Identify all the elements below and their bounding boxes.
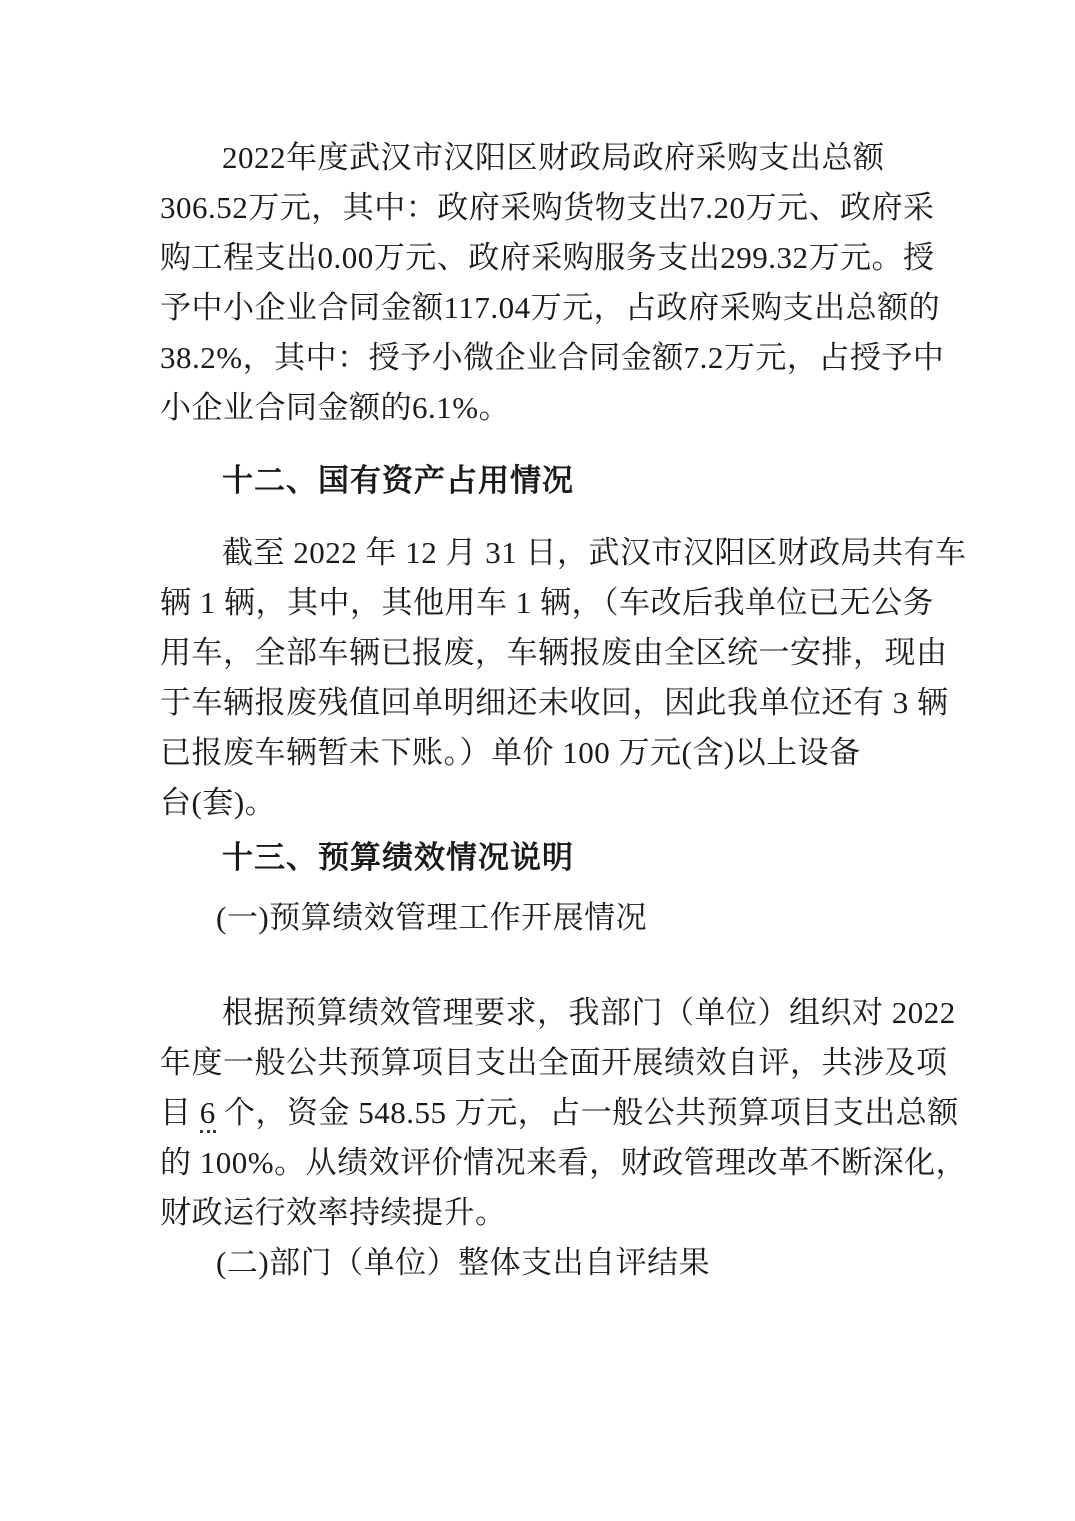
- text-line: 306.52万元，其中：政府采购货物支出7.20万元、政府采: [160, 183, 916, 233]
- text-line: 辆 1 辆，其中，其他用车 1 辆，（车改后我单位已无公务: [160, 578, 916, 628]
- text-line: 的 100%。从绩效评价情况来看，财政管理改革不断深化，: [160, 1138, 916, 1188]
- text-line: 目 6 个，资金 548.55 万元，占一般公共预算项目支出总额: [160, 1088, 916, 1138]
- paragraph-performance-self-evaluation: 根据预算绩效管理要求，我部门（单位）组织对 2022 年度一般公共预算项目支出全…: [160, 988, 916, 1238]
- text-line: 2022年度武汉市汉阳区财政局政府采购支出总额: [160, 133, 916, 183]
- text-line: 根据预算绩效管理要求，我部门（单位）组织对 2022: [160, 988, 916, 1038]
- line-text-after: 个，资金 548.55 万元，占一般公共预算项目支出总额: [216, 1095, 959, 1130]
- text-line: 年度一般公共预算项目支出全面开展绩效自评，共涉及项: [160, 1038, 916, 1088]
- text-line: 予中小企业合同金额117.04万元，占政府采购支出总额的: [160, 283, 916, 333]
- text-line: 台(套)。: [160, 778, 916, 828]
- text-line: 截至 2022 年 12 月 31 日，武汉市汉阳区财政局共有车: [160, 528, 916, 578]
- document-content: 2022年度武汉市汉阳区财政局政府采购支出总额 306.52万元，其中：政府采购…: [160, 133, 916, 1288]
- text-line: 小企业合同金额的6.1%。: [160, 383, 916, 433]
- text-line: 购工程支出0.00万元、政府采购服务支出299.32万元。授: [160, 233, 916, 283]
- text-line: 38.2%，其中：授予小微企业合同金额7.2万元，占授予中: [160, 333, 916, 383]
- text-line: 用车，全部车辆已报废，车辆报废由全区统一安排，现由: [160, 628, 916, 678]
- text-line: 财政运行效率持续提升。: [160, 1188, 916, 1238]
- text-line: 于车辆报废残值回单明细还未收回，因此我单位还有 3 辆: [160, 678, 916, 728]
- paragraph-government-procurement: 2022年度武汉市汉阳区财政局政府采购支出总额 306.52万元，其中：政府采购…: [160, 133, 916, 433]
- underlined-number: 6: [200, 1095, 216, 1133]
- text-line: 已报废车辆暂未下账。）单价 100 万元(含)以上设备: [160, 728, 916, 778]
- line-text-before: 目: [160, 1095, 200, 1130]
- document-page: 2022年度武汉市汉阳区财政局政府采购支出总额 306.52万元，其中：政府采购…: [0, 0, 1075, 1521]
- paragraph-state-assets: 截至 2022 年 12 月 31 日，武汉市汉阳区财政局共有车 辆 1 辆，其…: [160, 528, 916, 828]
- section-heading-budget-performance: 十三、预算绩效情况说明: [160, 833, 916, 883]
- subsection-heading-1: (一)预算绩效管理工作开展情况: [160, 893, 916, 943]
- subsection-heading-2: (二)部门（单位）整体支出自评结果: [160, 1238, 916, 1288]
- section-heading-state-assets: 十二、国有资产占用情况: [160, 456, 916, 506]
